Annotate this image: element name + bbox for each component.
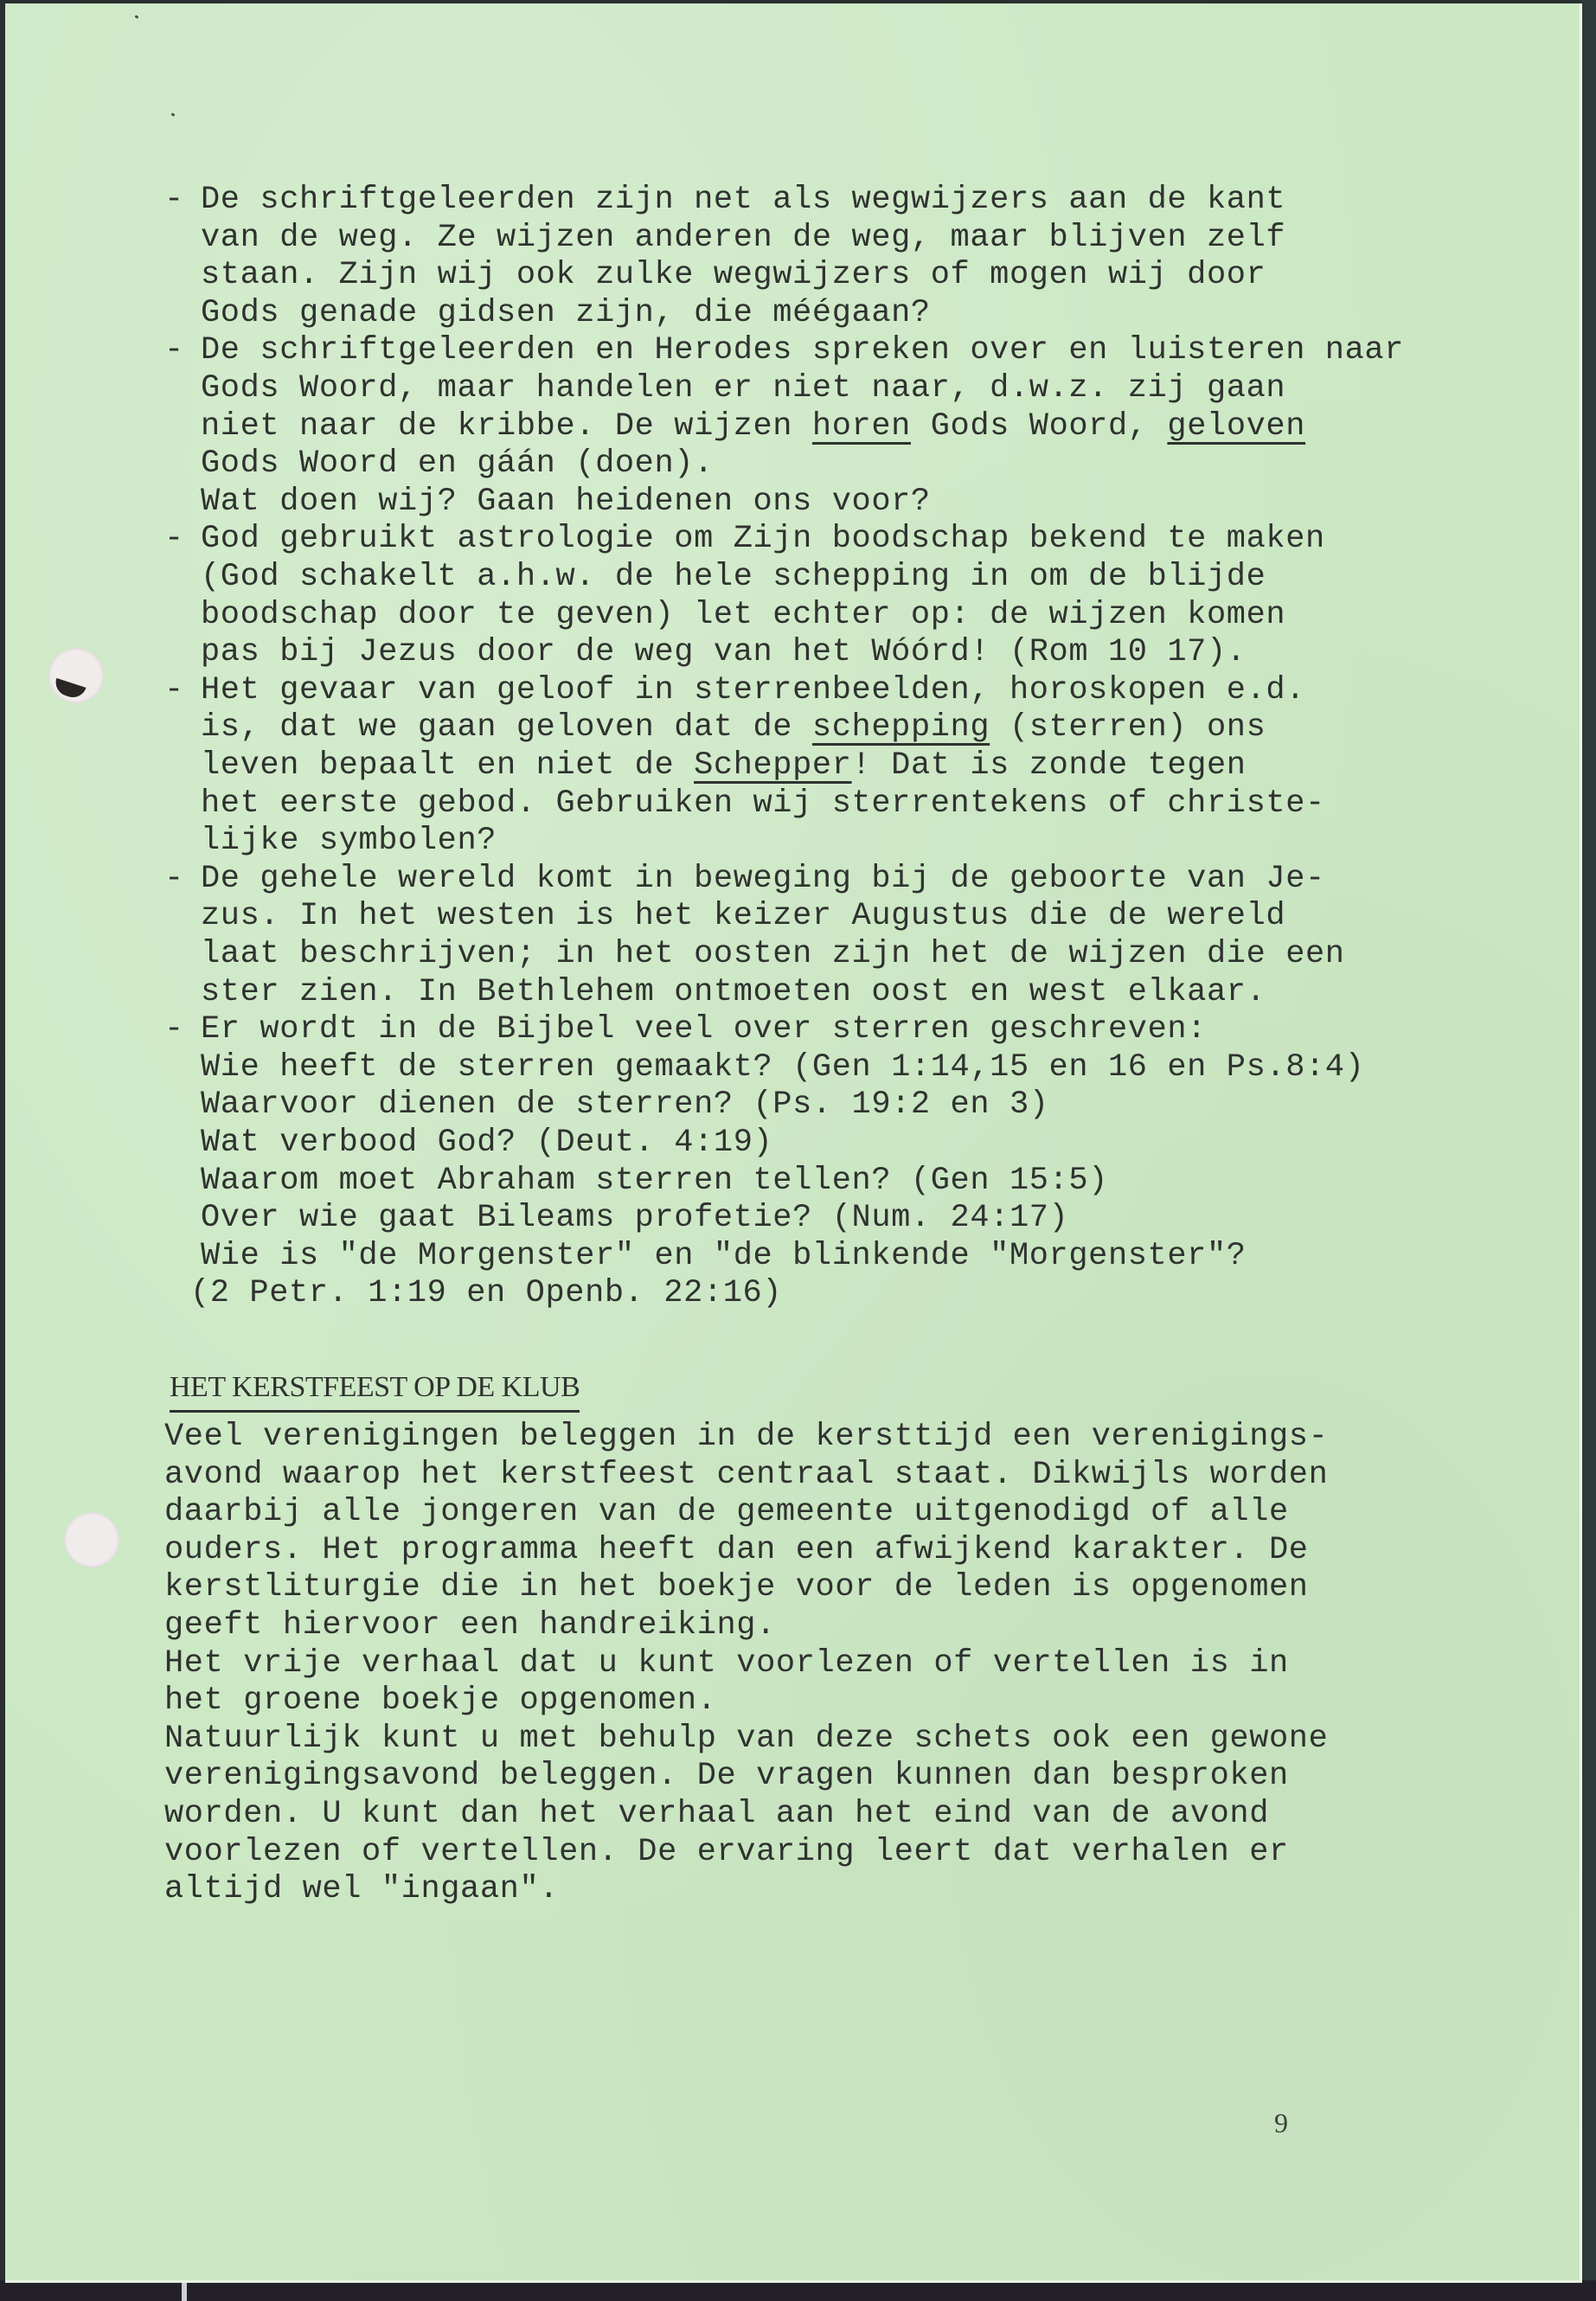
bullet-1-line: Gods genade gidsen zijn, die méégaan?	[201, 295, 931, 332]
bullet-dash: -	[164, 182, 183, 219]
bullet-3-line: boodschap door te geven) let echter op: …	[201, 597, 1285, 634]
section-heading: HET KERSTFEEST OP DE KLUB	[170, 1370, 580, 1413]
edge-notch	[182, 2280, 187, 2301]
paragraph-line: Het vrije verhaal dat u kunt voorlezen o…	[164, 1645, 1289, 1682]
bullet-1-line: staan. Zijn wij ook zulke wegwijzers of …	[201, 257, 1266, 294]
bullet-3-line: (God schakelt a.h.w. de hele schepping i…	[201, 559, 1266, 596]
bullet-2-line: Wat doen wij? Gaan heidenen ons voor?	[201, 484, 931, 521]
underlined-word: Schepper	[694, 747, 851, 784]
bullet-3-line: pas bij Jezus door de weg van het Wóórd!…	[201, 634, 1247, 671]
bullet-5-line: zus. In het westen is het keizer Augustu…	[201, 898, 1285, 935]
paragraph-line: avond waarop het kerstfeest centraal sta…	[164, 1457, 1328, 1494]
bullet-6-line: Er wordt in de Bijbel veel over sterren …	[201, 1011, 1207, 1048]
bullet-dash: -	[164, 332, 183, 369]
bullet-2-line: De schriftgeleerden en Herodes spreken o…	[201, 332, 1404, 369]
underlined-word: schepping	[812, 709, 990, 746]
bullet-4-line: Het gevaar van geloof in sterrenbeelden,…	[201, 672, 1305, 709]
paragraph-line: geeft hiervoor een handreiking.	[164, 1607, 776, 1644]
underlined-word: geloven	[1167, 408, 1305, 445]
bullet-5-line: De gehele wereld komt in beweging bij de…	[201, 861, 1325, 898]
punch-hole-icon	[64, 1512, 119, 1567]
paragraph-line: het groene boekje opgenomen.	[164, 1682, 717, 1720]
bullet-1-line: De schriftgeleerden zijn net als wegwijz…	[201, 182, 1285, 219]
bullet-4-line: leven bepaalt en niet de Schepper! Dat i…	[201, 747, 1247, 785]
bullet-4-line: het eerste gebod. Gebruiken wij sterrent…	[201, 785, 1325, 823]
bullet-1-line: van de weg. Ze wijzen anderen de weg, ma…	[201, 220, 1285, 257]
bullet-dash: -	[164, 521, 183, 558]
paragraph-line: worden. U kunt dan het verhaal aan het e…	[164, 1796, 1269, 1833]
bullet-dash: -	[164, 672, 183, 709]
paragraph-line: verenigingsavond beleggen. De vragen kun…	[164, 1758, 1289, 1795]
paragraph-line: altijd wel "ingaan".	[164, 1871, 559, 1908]
bullet-5-line: ster zien. In Bethlehem ontmoeten oost e…	[201, 974, 1266, 1011]
paragraph-line: daarbij alle jongeren van de gemeente ui…	[164, 1494, 1289, 1531]
bullet-2-line: niet naar de kribbe. De wijzen horen God…	[201, 408, 1305, 445]
underlined-word: horen	[812, 408, 911, 445]
paragraph-line: Veel verenigingen beleggen in de kerstti…	[164, 1419, 1328, 1456]
bullet-5-line: laat beschrijven; in het oosten zijn het…	[201, 936, 1345, 973]
document-page: -De schriftgeleerden zijn net als wegwij…	[5, 3, 1582, 2283]
bullet-3-line: God gebruikt astrologie om Zijn boodscha…	[201, 521, 1325, 558]
bullet-6-line: Wat verbood God? (Deut. 4:19)	[201, 1125, 772, 1162]
bullet-6-line: Wie is "de Morgenster" en "de blinkende …	[201, 1238, 1247, 1275]
bullet-6-line: Waarvoor dienen de sterren? (Ps. 19:2 en…	[201, 1086, 1049, 1124]
bullet-dash: -	[164, 861, 183, 898]
bullet-6-line: Waarom moet Abraham sterren tellen? (Gen…	[201, 1163, 1108, 1200]
bullet-4-line: is, dat we gaan geloven dat de schepping…	[201, 709, 1266, 747]
paragraph-line: ouders. Het programma heeft dan een afwi…	[164, 1532, 1309, 1569]
bullet-6-line: Wie heeft de sterren gemaakt? (Gen 1:14,…	[201, 1049, 1364, 1086]
dust-speck	[135, 15, 139, 19]
bullet-4-line: lijke symbolen?	[201, 823, 497, 860]
bullet-2-line: Gods Woord, maar handelen er niet naar, …	[201, 370, 1285, 407]
bullet-2-line: Gods Woord en gáán (doen).	[201, 445, 714, 483]
page-number: 9	[1274, 2107, 1288, 2139]
paragraph-line: voorlezen of vertellen. De ervaring leer…	[164, 1834, 1289, 1871]
bullet-6-line: Over wie gaat Bileams profetie? (Num. 24…	[201, 1200, 1068, 1237]
paragraph-line: Natuurlijk kunt u met behulp van deze sc…	[164, 1721, 1328, 1758]
bullet-dash: -	[164, 1011, 183, 1048]
paragraph-line: kerstliturgie die in het boekje voor de …	[164, 1569, 1309, 1606]
punch-hole-icon	[48, 648, 104, 703]
dust-speck	[171, 112, 176, 117]
bullet-6-line: (2 Petr. 1:19 en Openb. 22:16)	[190, 1275, 782, 1312]
scanner-bottom-edge	[0, 2280, 1596, 2301]
binder-edge	[1582, 0, 1596, 2301]
